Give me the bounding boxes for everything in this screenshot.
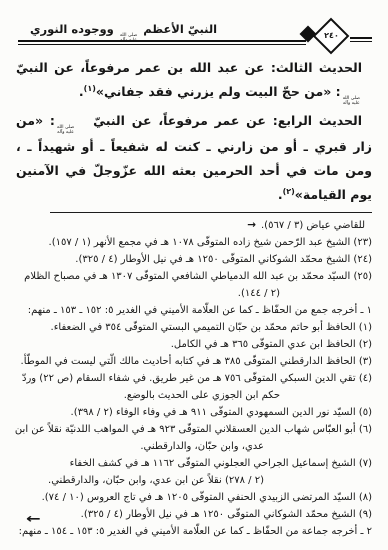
footnote-line: عدي، وابن حبّان، والدارقطني.: [16, 438, 372, 455]
footnote-line: ٢ ـ أخرجه جماعة من الحفّاظ ـ كما عن العل…: [16, 523, 372, 540]
footnote-line: (٢ / ١٤٤).: [16, 285, 372, 302]
hadith3-paragraph: الحديث الثالث: عن عبد الله بن عمر مرفوعا…: [16, 56, 372, 106]
footnote-line: (٢) الحافظ ابن عدي المتوفّى ٣٦٥ هـ في ال…: [16, 336, 372, 353]
header-rule-right: [350, 37, 372, 42]
salawat-mark-icon: صلى اللهعليه وآله: [343, 96, 370, 106]
continuation-arrow-icon: →: [247, 219, 256, 231]
hadith3-text-before: عن عبد الله بن عمر مرفوعاً، عن النبيّ: [16, 60, 271, 75]
hadith3-text-after: : «من حجّ البيت ولم يزرني فقد جفاني»: [96, 84, 341, 99]
footnote-line: (١) الحافظ أبو حاتم محمّد بن حبّان التمي…: [16, 319, 372, 336]
page-header: النبيّ الأعظم صلى الله عليه وآله ووجوده …: [0, 0, 388, 54]
footnote-line: (٢٣) الشيخ عبد الرّحمن شيخ زاده المتوفّى…: [16, 234, 372, 251]
hadith4-text-before: عن عمر مرفوعاً، عن النبيّ: [86, 113, 273, 128]
footnote-continuation-line: للقاضي عياض (٣ / ٥٦٧).→: [16, 217, 372, 234]
hadith3-lead: الحديث الثالث:: [271, 60, 362, 75]
footnote-separator: [50, 212, 372, 213]
footnote-line: حكم ابن الجوزي على الحديث بالوضع.: [16, 387, 372, 404]
salawat-mark-icon: صلى اللهعليه وآله: [57, 125, 84, 135]
body-text: الحديث الثالث: عن عبد الله بن عمر مرفوعا…: [0, 56, 388, 207]
hadith4-paragraph: الحديث الرابع: عن عمر مرفوعاً، عن النبيّ…: [16, 109, 372, 207]
footnote-line: (٢ / ٢٧٨) نقلاً عن ابن عدي، وابن حبّان، …: [16, 472, 372, 489]
footnote-line: ١ ـ أخرجه جمع من الحفّاظ ـ كما عن العلّا…: [16, 302, 372, 319]
footnote-line: (٧) الشيخ إسماعيل الجراحي العجلوني المتو…: [16, 455, 372, 472]
footnote-ref-2: (٢): [283, 187, 295, 196]
hadith4-lead: الحديث الرابع:: [273, 113, 362, 128]
page-number-badge: ٢٤٠: [296, 12, 352, 54]
page-number: ٢٤٠: [318, 31, 345, 40]
page-title-part2: ووجوده النوري: [30, 22, 114, 36]
footnote-line: (٩) الشيخ محمّد الشوكاني المتوفّى ١٢٥٠ ه…: [16, 506, 372, 523]
continuation-arrow-bottom-icon: ←: [26, 512, 41, 527]
diamond-ornament-icon: [300, 26, 317, 43]
footnote-line: (٦) أبو العبّاس شهاب الدين العسقلاني الم…: [16, 421, 372, 438]
footnote-ref-1: (١): [84, 84, 96, 93]
footnote-line: (٤) تقي الدين السبكي المتوفّى ٧٥٦ هـ من …: [16, 370, 372, 387]
footnotes-section: للقاضي عياض (٣ / ٥٦٧).→ (٢٣) الشيخ عبد ا…: [0, 212, 388, 540]
footnote-line: (٨) السيّد المرتضى الزبيدي الحنفي المتوف…: [16, 489, 372, 506]
footnote-line: (٣) الحافظ الدارقطني المتوفّى ٣٨٥ هـ في …: [16, 353, 372, 370]
book-page: النبيّ الأعظم صلى الله عليه وآله ووجوده …: [0, 0, 388, 550]
footnote-line: (٥) السيّد نور الدين السمهودي المتوفّى ٩…: [16, 404, 372, 421]
footnote-line: (٢٤) الشيخ محمّد الشوكاني المتوفّى ١٢٥٠ …: [16, 251, 372, 268]
header-rule: [18, 40, 306, 45]
footnote-line: (٢٥) السيّد محمّد بن عبد الله الدمياطي ا…: [16, 268, 372, 285]
page-title-part1: النبيّ الأعظم: [143, 22, 217, 36]
